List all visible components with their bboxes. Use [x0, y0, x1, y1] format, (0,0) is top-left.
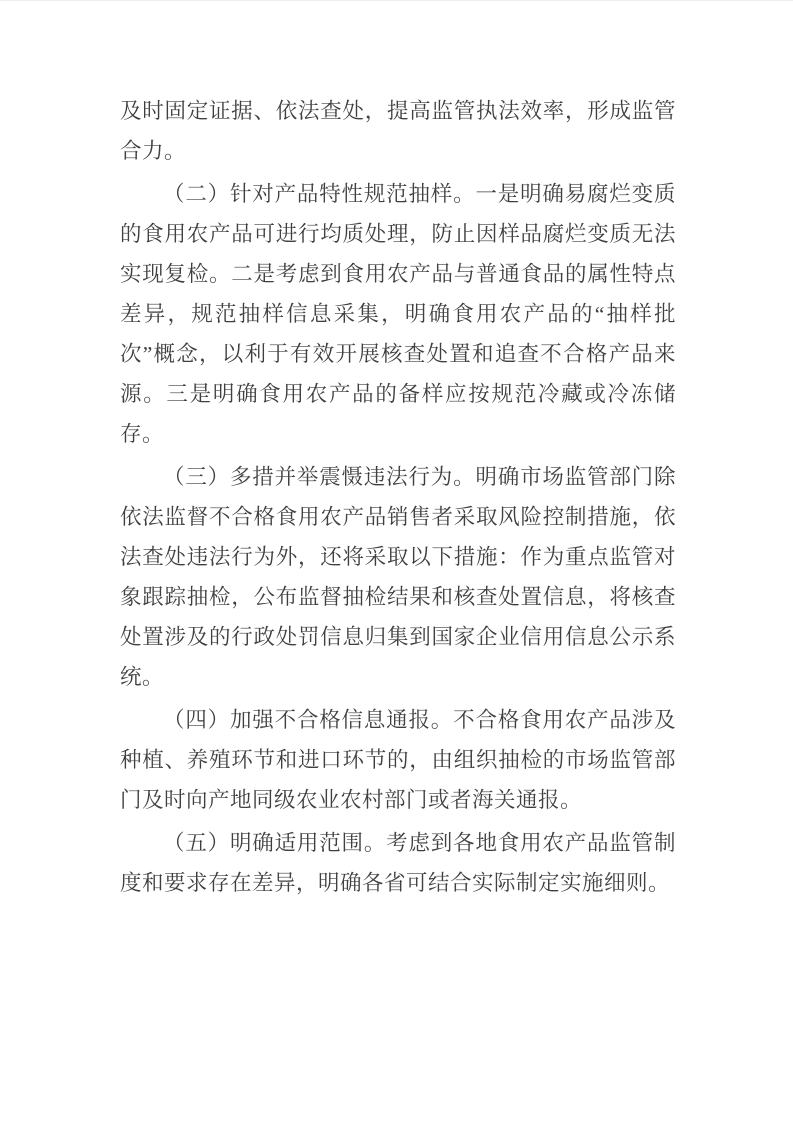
paragraph-item-4: （四）加强不合格信息通报。不合格食用农产品涉及种植、养殖环节和进口环节的，由组织… — [120, 700, 676, 820]
document-page: 及时固定证据、依法查处，提高监管执法效率，形成监管合力。 （二）针对产品特性规范… — [0, 0, 793, 1122]
paragraph-item-5: （五）明确适用范围。考虑到各地食用农产品监管制度和要求存在差异，明确各省可结合实… — [120, 823, 676, 903]
paragraph-item-2: （二）针对产品特性规范抽样。一是明确易腐烂变质的食用农产品可进行均质处理，防止因… — [120, 174, 676, 454]
paragraph-item-3: （三）多措并举震慑违法行为。明确市场监管部门除依法监督不合格食用农产品销售者采取… — [120, 457, 676, 697]
paragraph-continuation: 及时固定证据、依法查处，提高监管执法效率，形成监管合力。 — [120, 91, 676, 171]
